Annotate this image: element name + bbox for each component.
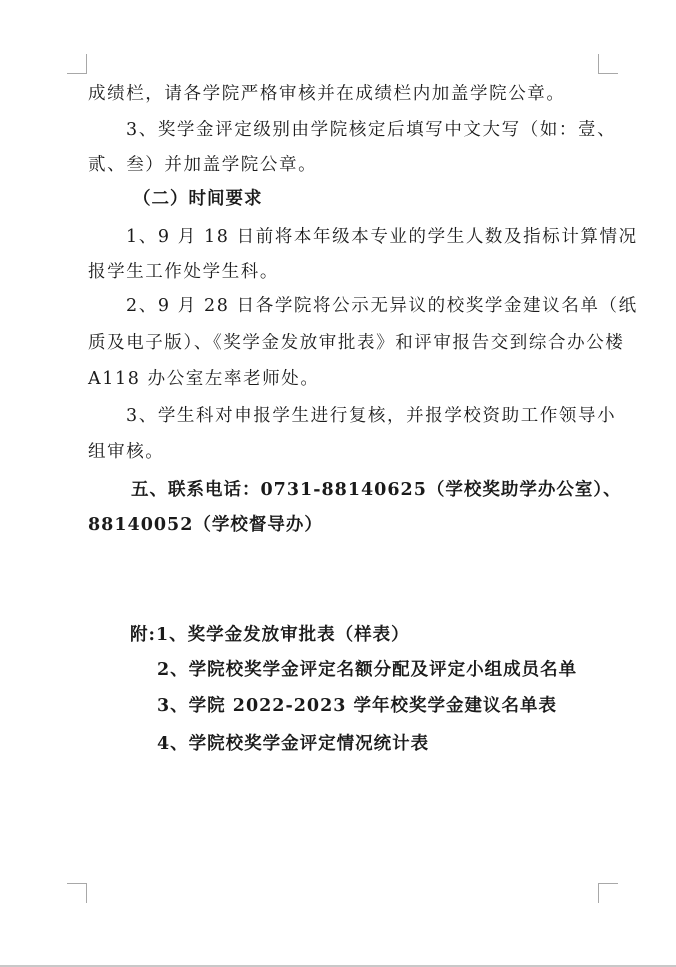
paragraph-line: 2、9 月 28 日各学院将公示无异议的校奖学金建议名单（纸 (126, 294, 646, 318)
paragraph-line: 贰、叁）并加盖学院公章。 (88, 153, 608, 177)
paragraph-line: 1、9 月 18 日前将本年级本专业的学生人数及指标计算情况 (126, 225, 646, 249)
paragraph-line: 报学生工作处学生科。 (88, 260, 608, 284)
document-page: 成绩栏，请各学院严格审核并在成绩栏内加盖学院公章。 3、奖学金评定级别由学院核定… (0, 0, 676, 965)
section-heading: （二）时间要求 (133, 187, 653, 211)
bottom-right-margin-mark (598, 883, 618, 903)
attachment-item: 4、学院校奖学金评定情况统计表 (157, 732, 676, 756)
attachment-item: 附:1、奖学金发放审批表（样表） (130, 623, 650, 647)
paragraph-line: A118 办公室左率老师处。 (88, 367, 608, 391)
top-right-margin-mark (598, 54, 618, 74)
top-left-margin-mark (67, 54, 87, 74)
attachment-text: 1、奖学金发放审批表（样表） (156, 625, 410, 645)
paragraph-line: 3、奖学金评定级别由学院核定后填写中文大写（如：壹、 (126, 118, 646, 142)
paragraph-line: 质及电子版）、《奖学金发放审批表》和评审报告交到综合办公楼 (88, 331, 608, 355)
contact-line: 五、联系电话：0731-88140625（学校奖助学办公室）、 (131, 478, 651, 502)
contact-line: 88140052（学校督导办） (88, 513, 608, 537)
paragraph-line: 成绩栏，请各学院严格审核并在成绩栏内加盖学院公章。 (88, 82, 608, 106)
attachment-item: 2、学院校奖学金评定名额分配及评定小组成员名单 (157, 658, 676, 682)
bottom-left-margin-mark (67, 883, 87, 903)
attachment-item: 3、学院 2022-2023 学年校奖学金建议名单表 (157, 694, 676, 718)
attachment-label: 附: (130, 625, 156, 645)
paragraph-line: 3、学生科对申报学生进行复核，并报学校资助工作领导小 (126, 404, 646, 428)
paragraph-line: 组审核。 (88, 440, 608, 464)
